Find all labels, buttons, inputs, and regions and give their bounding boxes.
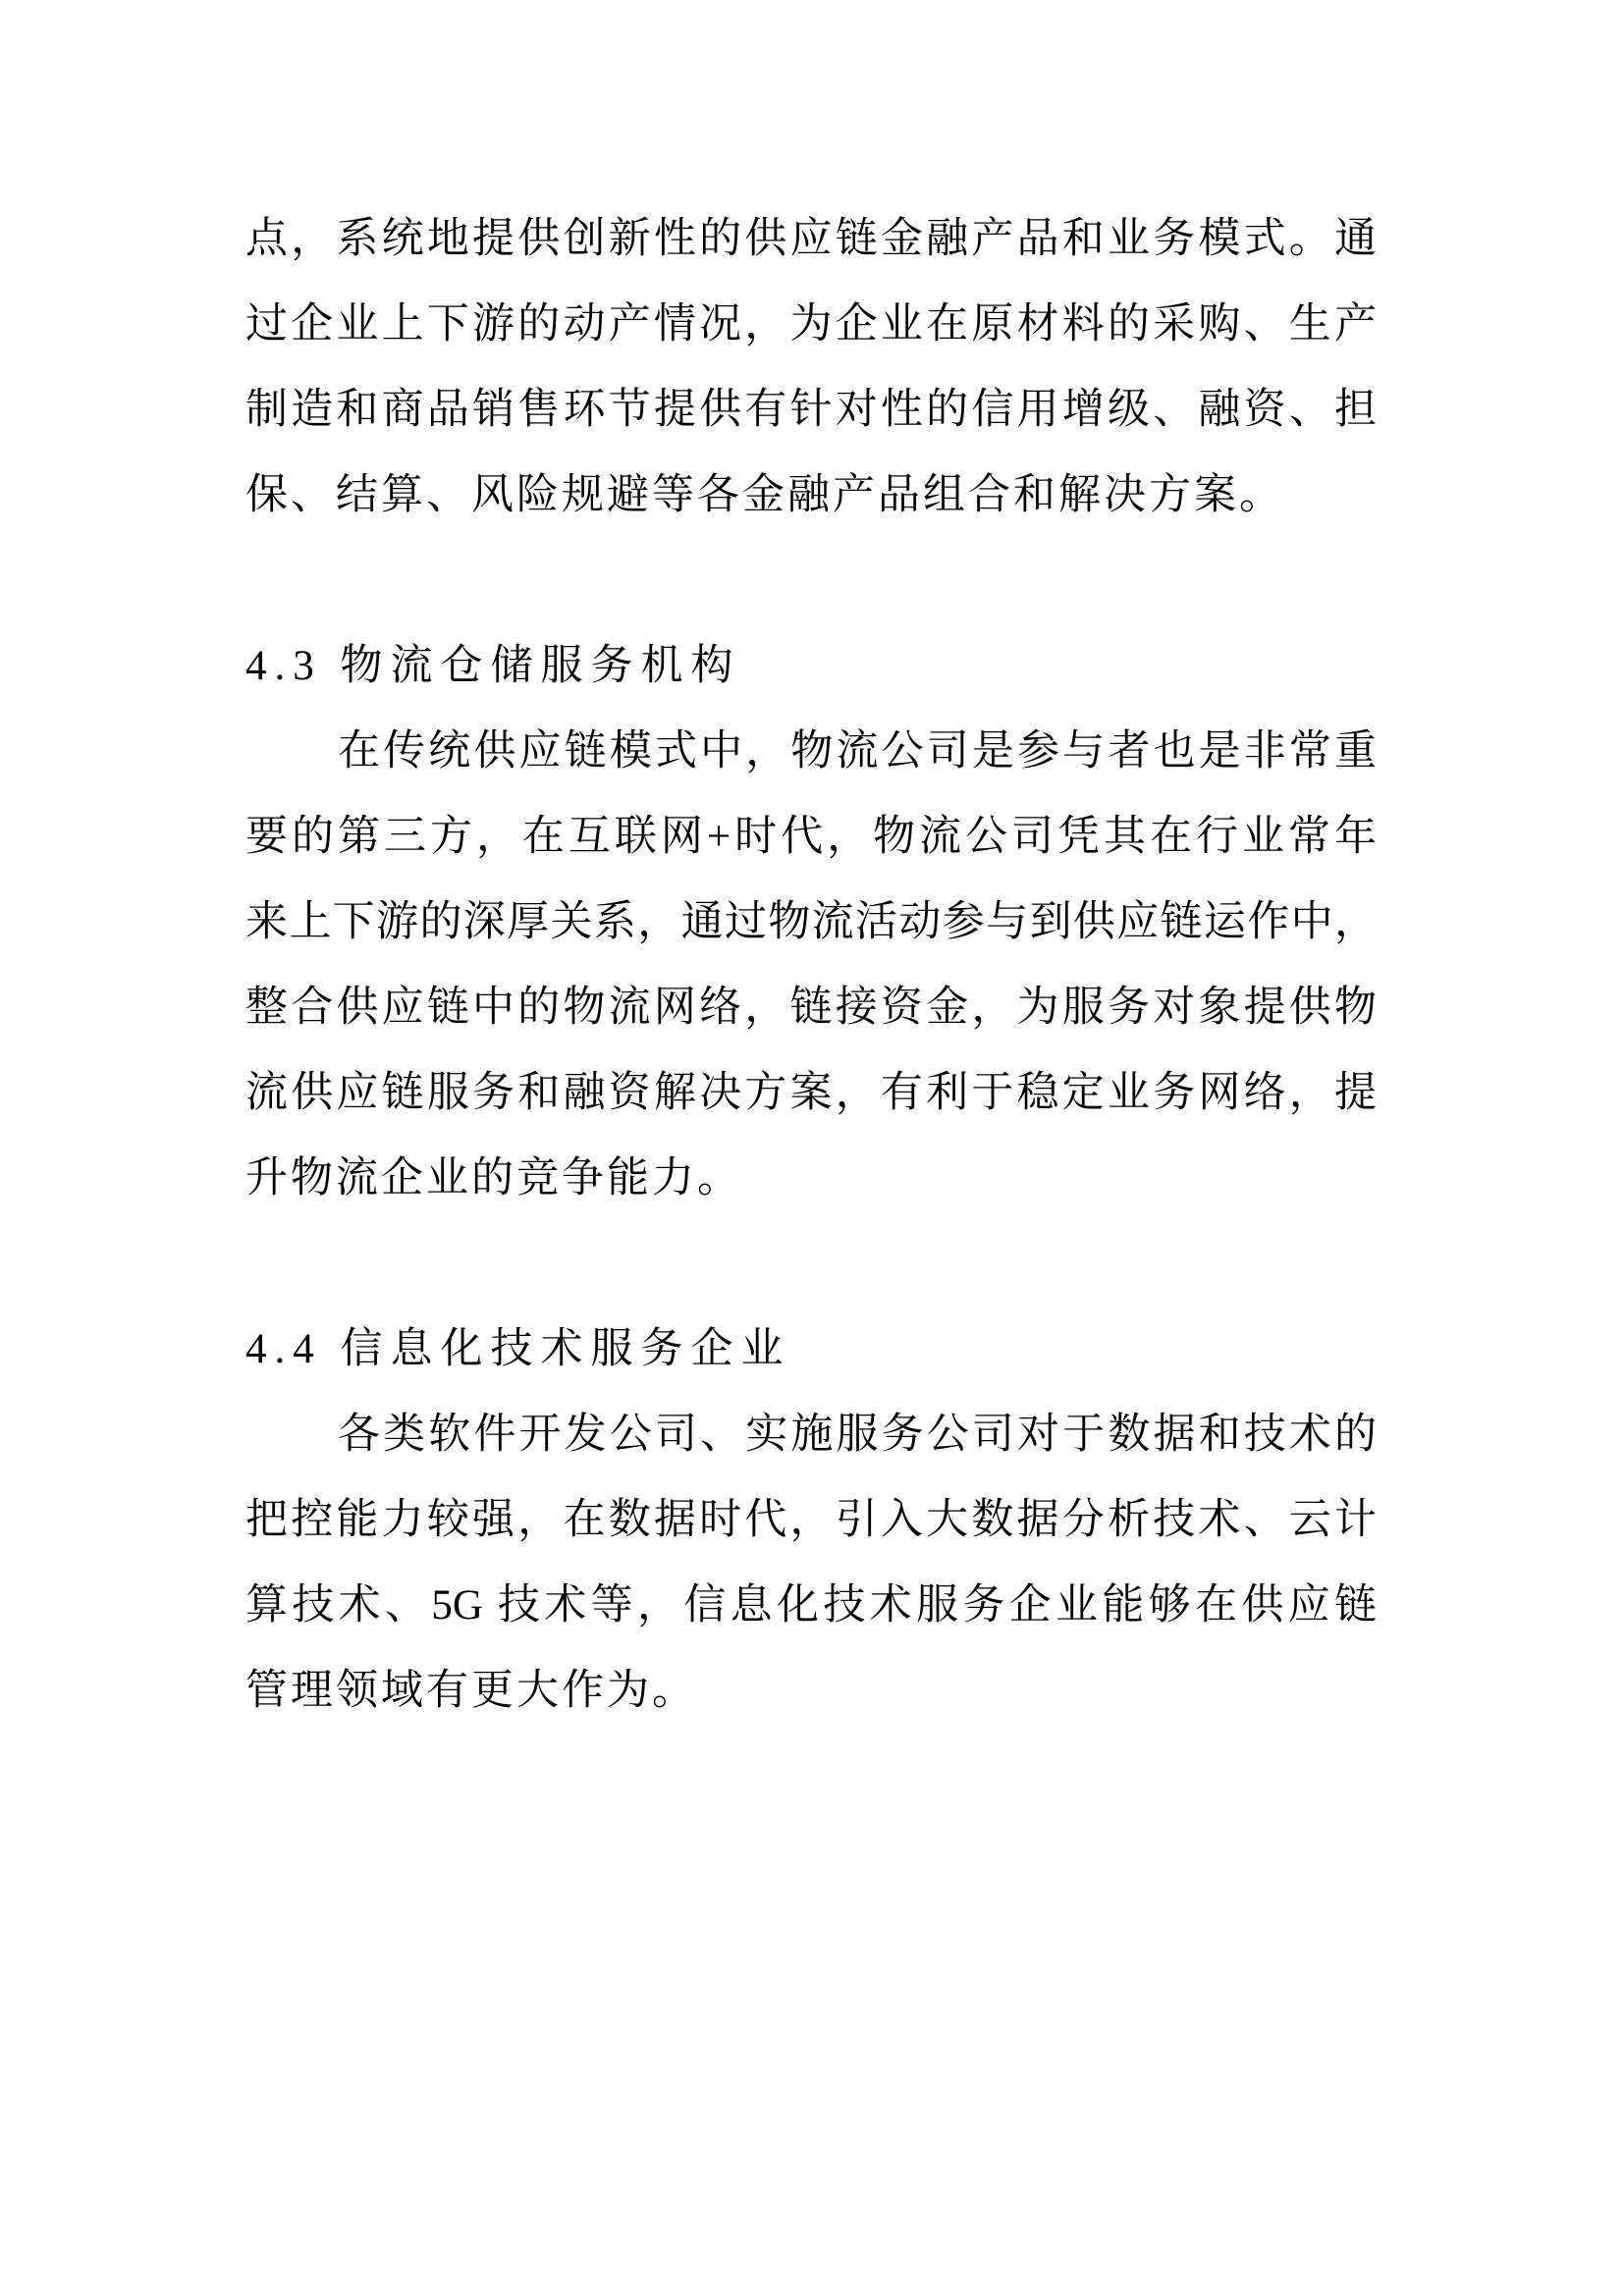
body-text-line: 流供应链服务和融资解决方案，有利于稳定业务网络，提 (245, 1050, 1377, 1136)
section-heading: 4.3 物流仓储服务机构 (245, 623, 1377, 709)
body-text-line: 来上下游的深厚关系，通过物流活动参与到供应链运作中， (245, 880, 1377, 965)
section-heading: 4.4 信息化技术服务企业 (245, 1307, 1377, 1392)
body-text-line: 整合供应链中的物流网络，链接资金，为服务对象提供物 (245, 965, 1377, 1050)
blank-line (245, 1221, 1377, 1307)
document-page: 点，系统地提供创新性的供应链金融产品和业务模式。通过企业上下游的动产情况，为企业… (0, 0, 1624, 2296)
body-text-line: 把控能力较强，在数据时代，引入大数据分析技术、云计 (245, 1477, 1377, 1563)
body-text-line: 算技术、5G 技术等，信息化技术服务企业能够在供应链 (245, 1563, 1377, 1648)
body-text-line: 在传统供应链模式中，物流公司是参与者也是非常重 (245, 709, 1377, 794)
body-text-line: 要的第三方，在互联网+时代，物流公司凭其在行业常年 (245, 794, 1377, 880)
body-text-line: 保、结算、风险规避等各金融产品组合和解决方案。 (245, 453, 1377, 538)
body-text-line: 各类软件开发公司、实施服务公司对于数据和技术的 (245, 1392, 1377, 1477)
document-body: 点，系统地提供创新性的供应链金融产品和业务模式。通过企业上下游的动产情况，为企业… (245, 196, 1377, 1734)
body-text-line: 制造和商品销售环节提供有针对性的信用增级、融资、担 (245, 367, 1377, 453)
body-text-line: 点，系统地提供创新性的供应链金融产品和业务模式。通 (245, 196, 1377, 282)
blank-line (245, 538, 1377, 623)
body-text-line: 升物流企业的竞争能力。 (245, 1136, 1377, 1221)
body-text-line: 过企业上下游的动产情况，为企业在原材料的采购、生产 (245, 282, 1377, 367)
body-text-line: 管理领域有更大作为。 (245, 1648, 1377, 1734)
